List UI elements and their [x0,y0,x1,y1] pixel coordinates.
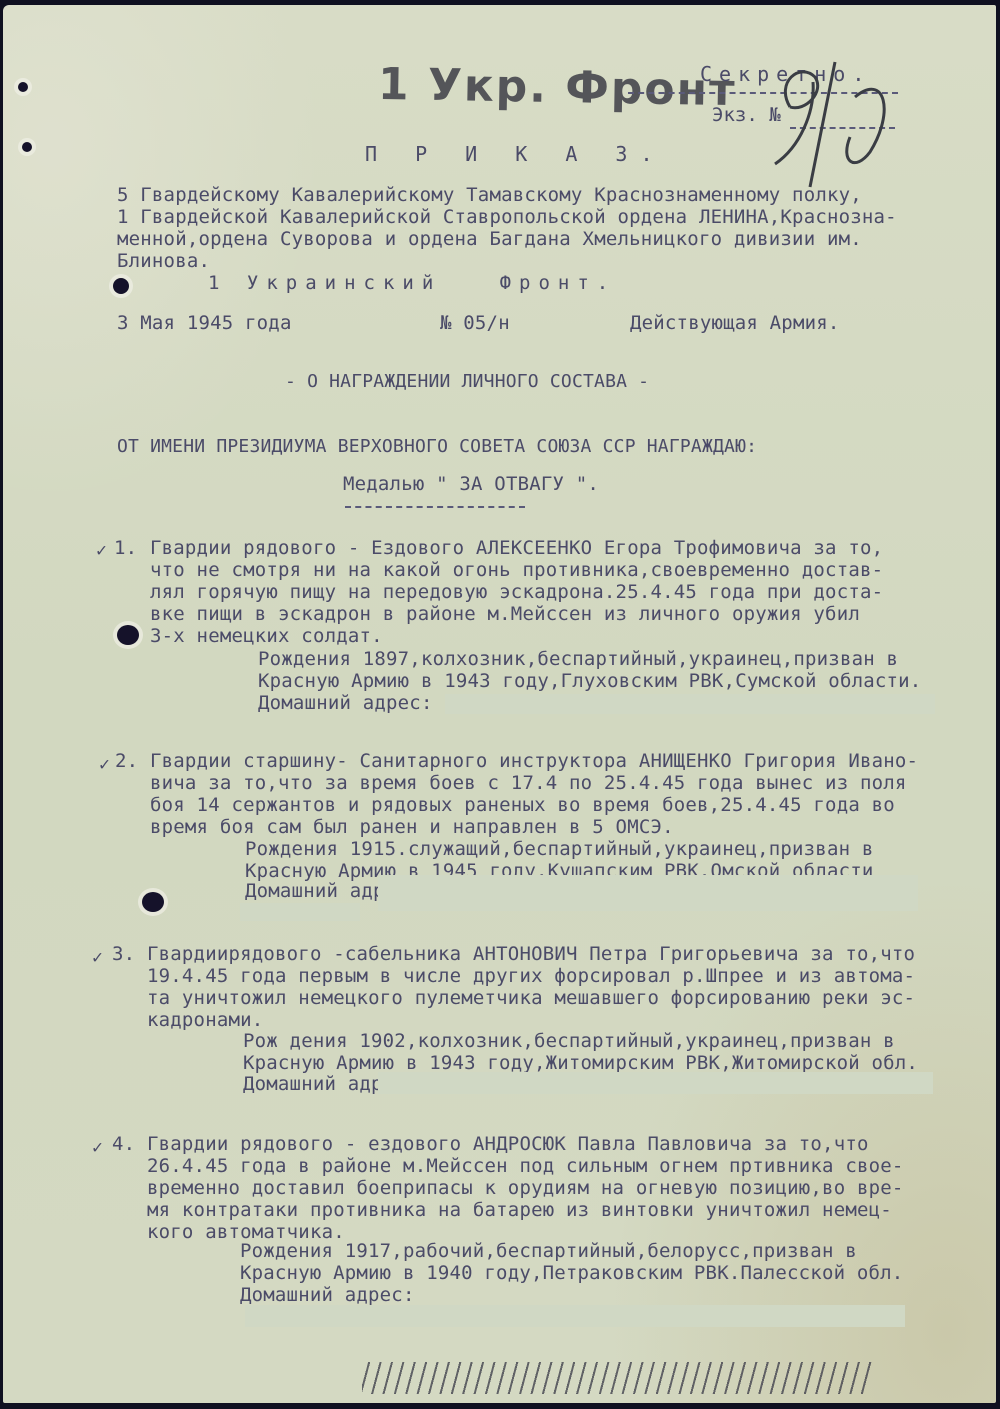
entry-number: 1. [114,537,137,559]
redacted-address [378,875,918,911]
entry-text-line: Гвардии старшину- Санитарного инструктор… [150,750,918,772]
entry-text-line: лял горячую пищу на передовую эскадрона.… [150,581,883,603]
checkmark-icon: ✓ [96,540,107,561]
redacted-address [240,903,360,921]
handwritten-copy-number [755,52,905,192]
entry-text-line: вке пищи в эскадрон в районе м.Мейссен и… [150,603,860,625]
entry-text-line: Гвардии рядового - ездового АНДРОСЮК Пав… [147,1133,869,1155]
entry-bio-line: Красную Армию в 1943 году,Житомирским РВ… [243,1052,918,1074]
checkmark-icon: ✓ [92,1137,103,1158]
award-underline [345,506,525,508]
entry-text-line: боя 14 сержантов и рядовых раненых во вр… [150,794,895,816]
redacted-address [245,1305,905,1327]
entry-text-line: та уничтожил немецкого пулеметчика мешав… [147,987,915,1009]
addressee-line: 5 Гвардейскому Кавалерийскому Тамавскому… [117,184,862,206]
addressee-line: Блинова. [117,250,210,272]
redacted-address [445,694,935,714]
preamble: ОТ ИМЕНИ ПРЕЗИДИУМА ВЕРХОВНОГО СОВЕТА СО… [117,436,757,457]
checkmark-icon: ✓ [92,947,103,968]
binder-hole [18,82,28,92]
binder-hole [113,278,129,294]
binder-hole [142,892,164,912]
entry-number: 2. [115,750,138,772]
entry-text-line: Гвардии рядового - Ездового АЛЕКСЕЕНКО Е… [150,537,883,559]
order-date: 3 Мая 1945 года [117,312,292,334]
entry-bio-line: Красную Армию в 1940 году,Петраковским Р… [240,1262,903,1284]
entry-bio-line: Рождения 1897,колхозник,беспартийный,укр… [258,648,898,670]
order-number: № 05/н [440,312,510,334]
army-label: Действующая Армия. [630,312,840,334]
entry-bio-line: Домашний адрес: [258,692,433,714]
entry-text-line: 3-х немецких солдат. [150,625,383,647]
redacted-address [378,1072,933,1094]
award-name: Медалью " ЗА ОТВАГУ ". [343,473,599,495]
entry-bio-line: Рождения 1915.служащий,беспартийный,укра… [245,838,874,860]
entry-bio-line: Красную Армию в 1943 году,Глуховским РВК… [258,670,921,692]
entry-text-line: кадронами. [147,1009,263,1031]
entry-text-line: время боя сам был ранен и направлен в 5 … [150,816,674,838]
entry-number: 3. [112,943,135,965]
entry-text-line: 19.4.45 года первым в числе других форси… [147,965,915,987]
entry-bio-line: Домашний адрес: [240,1284,415,1306]
addressee-line: менной,ордена Суворова и ордена Багдана … [117,228,862,250]
binder-hole [117,625,139,645]
entry-text-line: временно доставил боеприпасы к орудиям н… [147,1177,904,1199]
entry-text-line: мя контратаки противника на батарею из в… [147,1199,892,1221]
order-subject: - О НАГРАЖДЕНИИ ЛИЧНОГО СОСТАВА - [285,371,649,392]
entry-bio-line: Рож дения 1902,колхозник,беспартийный,ук… [243,1030,895,1052]
front-stamp: 1 Укр. Фронт [378,59,737,116]
entry-text-line: Гвардиирядового -сабельника АНТОНОВИЧ Пе… [147,943,915,965]
front-name: 1 Украинский Фронт. [208,272,616,294]
addressee-line: 1 Гвардейской Кавалерийской Ставропольск… [117,206,897,228]
typed-slash-marks [362,1362,872,1394]
entry-text-line: 26.4.45 года в районе м.Мейссен под силь… [147,1155,904,1177]
checkmark-icon: ✓ [99,754,110,775]
entry-bio-line: Рождения 1917,рабочий,беспартийный,белор… [240,1240,857,1262]
entry-number: 4. [112,1133,135,1155]
binder-hole [22,142,32,152]
entry-text-line: что не смотря ни на какой огонь противни… [150,559,883,581]
entry-text-line: вича за то,что за время боев с 17.4 по 2… [150,772,907,794]
document-title: П Р И К А З. [365,142,666,166]
